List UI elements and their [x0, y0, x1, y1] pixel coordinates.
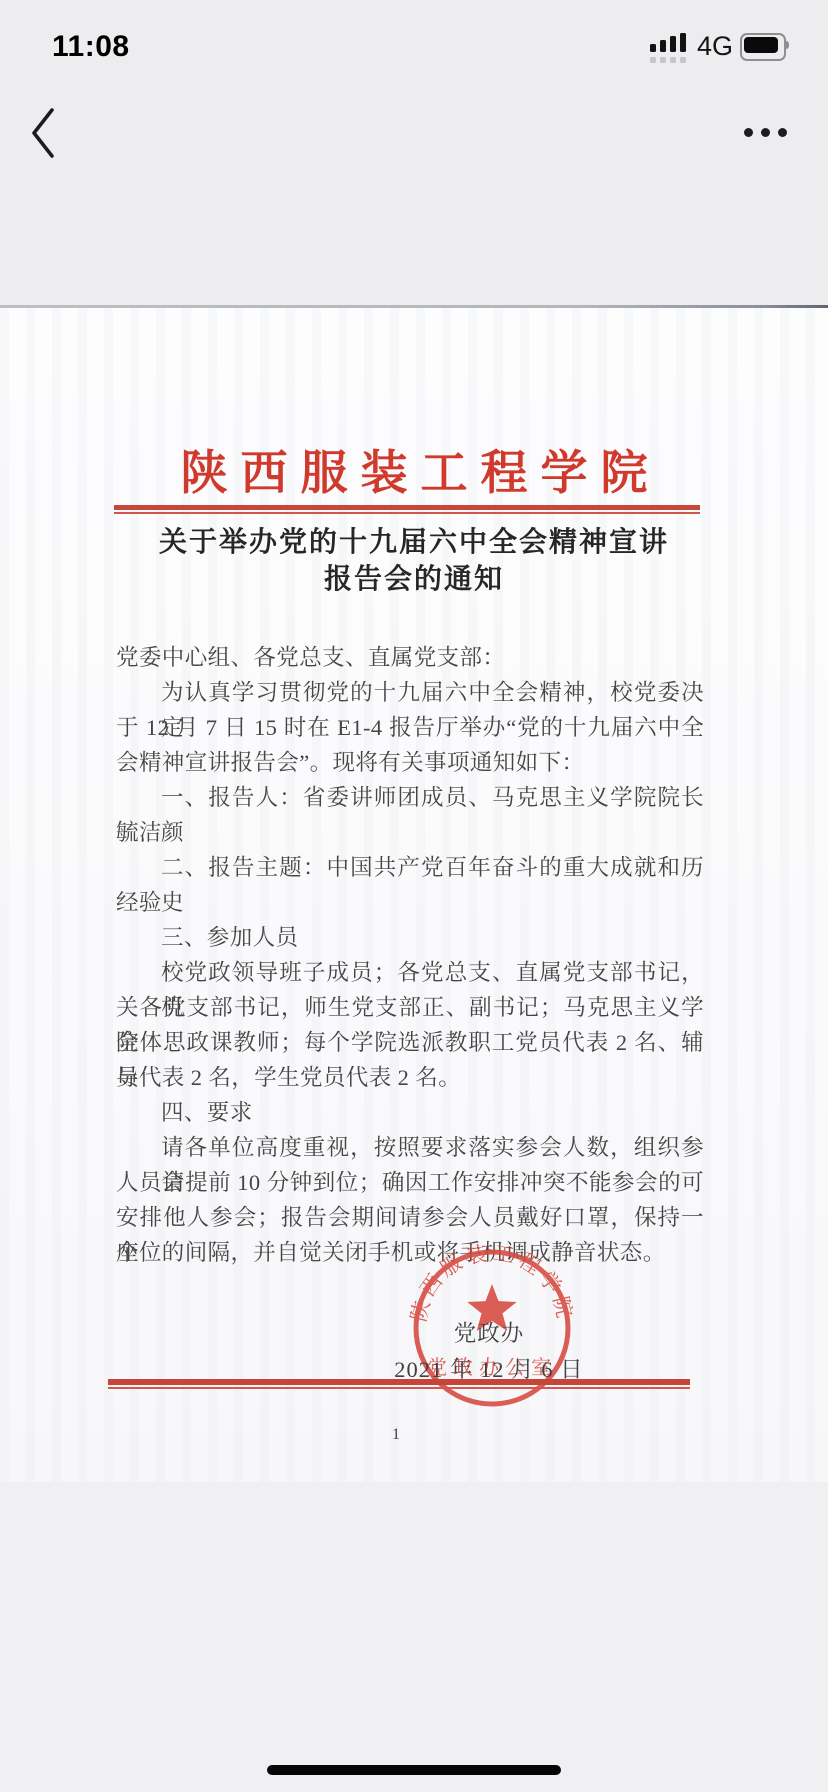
- body-line: 关各党支部书记，师生党支部正、副书记；马克思主义学院: [116, 990, 704, 1025]
- body-line: 安排他人参会；报告会期间请参会人员戴好口罩，保持一个: [116, 1200, 704, 1235]
- body-line: 全体思政课教师；每个学院选派教职工党员代表 2 名、辅导: [116, 1025, 704, 1060]
- back-button[interactable]: [22, 100, 66, 166]
- signature-block: 党政办 2021 年 12 月 6 日: [334, 1316, 644, 1388]
- chevron-left-icon: [22, 100, 66, 166]
- notice-body: 党委中心组、各党总支、直属党支部： 为认真学习贯彻党的十九届六中全会精神，校党委…: [116, 640, 704, 1270]
- body-line: 二、报告主题：中国共产党百年奋斗的重大成就和历史: [116, 850, 704, 885]
- notice-title-line1: 关于举办党的十九届六中全会精神宣讲: [64, 524, 764, 561]
- phone-screen: 11:08 4G 陕西服装工程学院 关于举办党的十九届六中全会精神宣讲 报告会的: [0, 0, 828, 1792]
- footer-divider: [108, 1379, 690, 1389]
- body-line: 四、要求: [116, 1095, 704, 1130]
- header-divider: [114, 505, 700, 514]
- university-name: 陕西服装工程学院: [0, 436, 828, 503]
- ellipsis-icon: [744, 128, 753, 137]
- ellipsis-icon: [761, 128, 770, 137]
- signer: 党政办: [334, 1316, 644, 1352]
- notice-title-line2: 报告会的通知: [64, 561, 764, 598]
- body-line: 三、参加人员: [116, 920, 704, 955]
- status-bar: 11:08 4G: [0, 0, 828, 88]
- body-line: 校党政领导班子成员；各党总支、直属党支部书记，机: [116, 955, 704, 990]
- document-image[interactable]: 陕西服装工程学院 关于举办党的十九届六中全会精神宣讲 报告会的通知 党委中心组、…: [0, 308, 828, 1482]
- body-line: 一、报告人：省委讲师团成员、马克思主义学院院长颜: [116, 780, 704, 815]
- battery-icon: [740, 33, 786, 57]
- notice-title: 关于举办党的十九届六中全会精神宣讲 报告会的通知: [64, 524, 764, 598]
- body-line: 于 12 月 7 日 15 时在 E1-4 报告厅举办“党的十九届六中全: [116, 710, 704, 745]
- body-line: 人员请提前 10 分钟到位；确因工作安排冲突不能参会的可: [116, 1165, 704, 1200]
- body-line: 经验: [116, 885, 704, 920]
- body-line: 员代表 2 名，学生党员代表 2 名。: [116, 1060, 704, 1095]
- cellular-signal-icon: [650, 33, 690, 63]
- ellipsis-icon: [778, 128, 787, 137]
- body-line: 党委中心组、各党总支、直属党支部：: [116, 640, 704, 675]
- body-line: 请各单位高度重视，按照要求落实参会人数，组织参会: [116, 1130, 704, 1165]
- page-number: 1: [336, 1426, 456, 1444]
- body-line: 会精神宣讲报告会”。现将有关事项通知如下：: [116, 745, 704, 780]
- clock: 11:08: [52, 30, 130, 64]
- body-line: 毓洁: [116, 815, 704, 850]
- more-button[interactable]: [730, 102, 800, 162]
- nav-bar: [0, 88, 828, 178]
- background-bottom: [0, 1482, 828, 1792]
- home-indicator[interactable]: [267, 1765, 561, 1775]
- network-type-label: 4G: [697, 31, 733, 62]
- body-line: 为认真学习贯彻党的十九届六中全会精神，校党委决定: [116, 675, 704, 710]
